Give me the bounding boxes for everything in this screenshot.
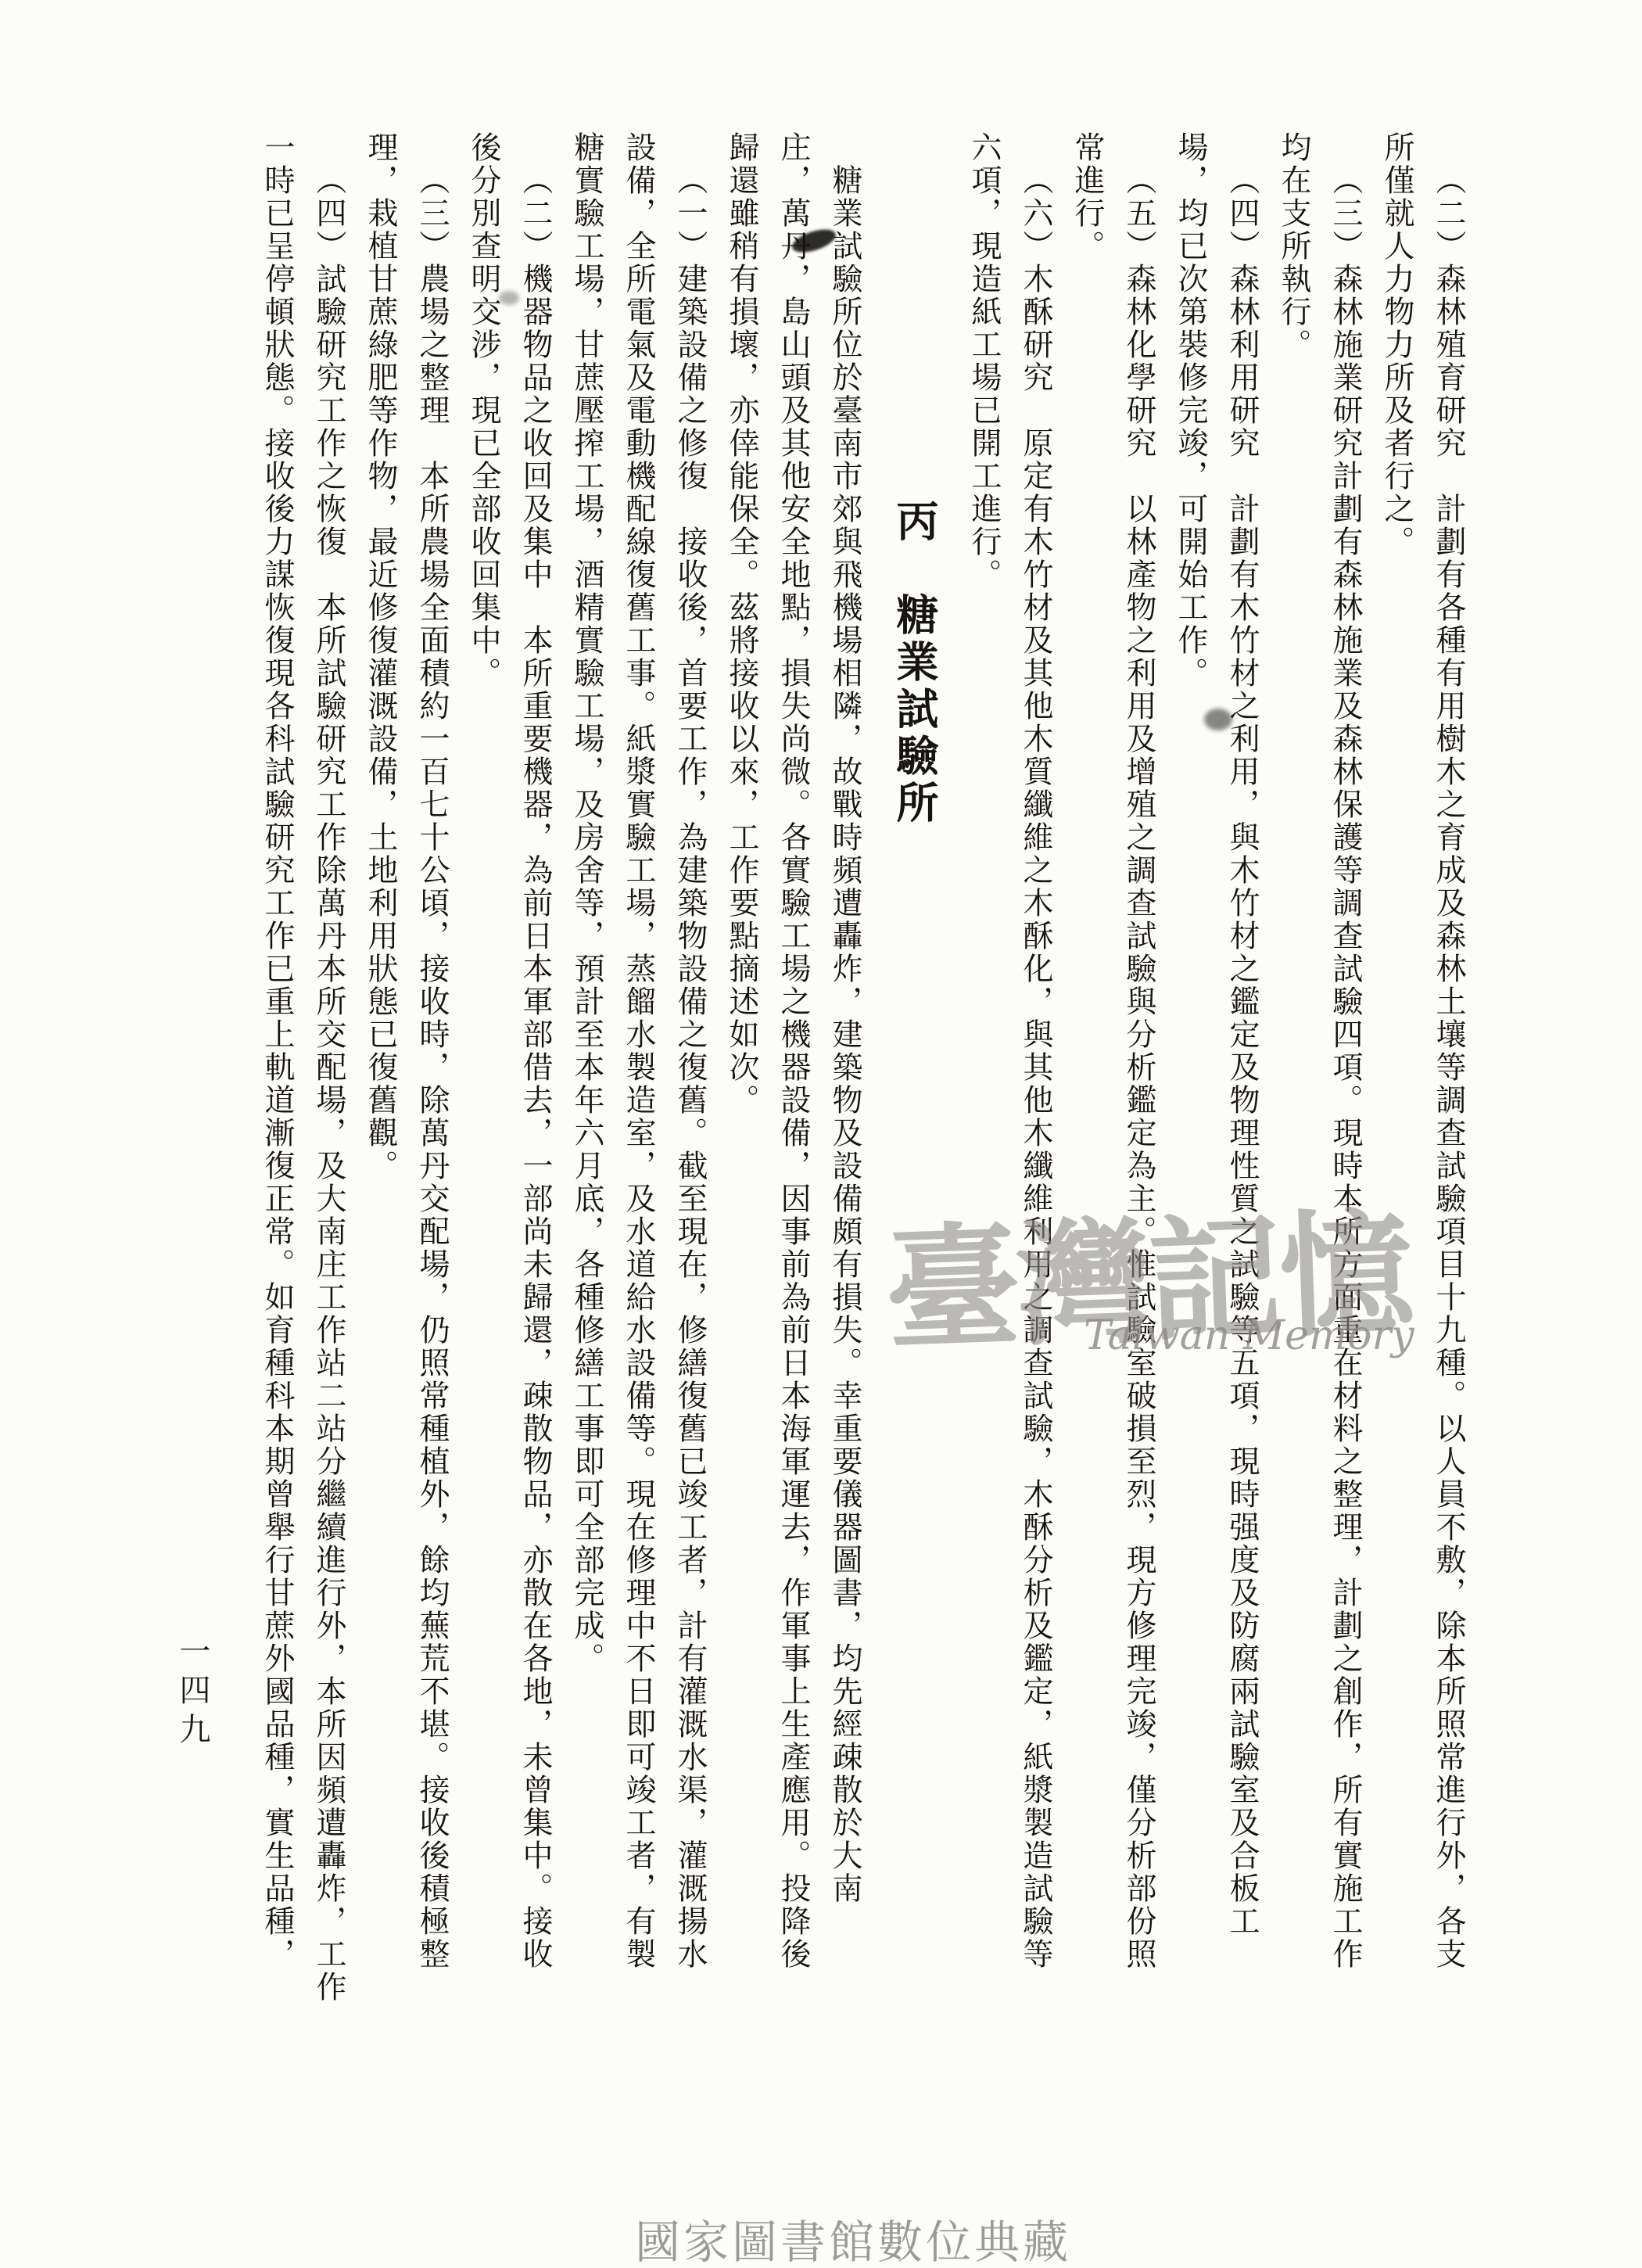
text-column: （六）木酥研究 原定有木竹材及其他木質纖維之木酥化，與其他木纖維利用之調查試驗，… bbox=[1009, 131, 1061, 2024]
text-column: 庄，萬丹，島山頭及其他安全地點，損失尚微。各實驗工場之機器設備，因事前為前日本海… bbox=[767, 131, 819, 2024]
text-column: （四）試驗研究工作之恢復 本所試驗研究工作除萬丹本所交配場，及大南庄工作站二站分… bbox=[303, 131, 354, 2024]
text-column: 歸還雖稍有損壞，亦倖能保全。茲將接收以來，工作要點摘述如次。 bbox=[715, 131, 767, 2024]
text-column: 所僅就人力物力所及者行之。 bbox=[1371, 131, 1422, 2024]
text-column: 常進行。 bbox=[1061, 131, 1113, 2024]
section-title: 丙 糖業試驗所 bbox=[870, 131, 958, 2024]
vertical-text-block: （二）森林殖育研究 計劃有各種有用樹木之育成及森林土壤等調查試驗項目十九種。以人… bbox=[251, 131, 1474, 2024]
ink-smudge bbox=[1204, 709, 1232, 730]
text-column: （三）農場之整理 本所農場全面積約一百七十公頃，接收時，除萬丹交配場，仍照常種植… bbox=[406, 131, 457, 2024]
text-column: 一時已呈停頓狀態。接收後力謀恢復現各科試驗研究工作已重上軌道漸復正常。如育種科本… bbox=[251, 131, 303, 2024]
text-column: （三）森林施業研究計劃有森林施業及森林保護等調查試驗四項。現時本所方面重在材料之… bbox=[1319, 131, 1371, 2024]
text-column: 均在支所執行。 bbox=[1267, 131, 1319, 2024]
text-column: （二）機器物品之收回及集中 本所重要機器，為前日本軍部借去，一部尚未歸還，疎散物… bbox=[509, 131, 561, 2024]
text-column: 後分別查明交涉，現已全部收回集中。 bbox=[457, 131, 509, 2024]
national-library-watermark: 國家圖書館數位典藏 bbox=[635, 2205, 1071, 2268]
scanned-document-page: （二）森林殖育研究 計劃有各種有用樹木之育成及森林土壤等調查試驗項目十九種。以人… bbox=[0, 0, 1642, 2268]
text-column: 場，均已次第裝修完竣，可開始工作。 bbox=[1164, 131, 1216, 2024]
text-column: 設備，全所電氣及電動機配線復舊工事。紙漿實驗工場，蒸餾水製造室，及水道給水設備等… bbox=[612, 131, 664, 2024]
ink-smudge bbox=[499, 291, 519, 305]
text-column: 糖實驗工場，甘蔗壓搾工場，酒精實驗工場，及房舍等，預計至本年六月底，各種修繕工事… bbox=[561, 131, 612, 2024]
text-column: （四）森林利用研究 計劃有木竹材之利用，與木竹材之鑑定及物理性質之試驗等五項，現… bbox=[1216, 131, 1267, 2024]
text-column: 理，栽植甘蔗綠肥等作物，最近修復灌溉設備，土地利用狀態已復舊觀。 bbox=[354, 131, 406, 2024]
taiwan-memory-latin-watermark: Taiwan Memory bbox=[1084, 1312, 1414, 1359]
text-column: 六項，現造紙工場已開工進行。 bbox=[958, 131, 1009, 2024]
page-number: 一四九 bbox=[170, 1635, 215, 1752]
text-column: （二）森林殖育研究 計劃有各種有用樹木之育成及森林土壤等調查試驗項目十九種。以人… bbox=[1422, 131, 1474, 2024]
text-column: 糖業試驗所位於臺南市郊與飛機場相隣，故戰時頻遭轟炸，建築物及設備頗有損失。幸重要… bbox=[819, 131, 870, 2024]
text-column: （一）建築設備之修復 接收後，首要工作，為建築物設備之復舊。截至現在，修繕復舊已… bbox=[664, 131, 715, 2024]
text-column: （五）森林化學研究 以林產物之利用及增殖之調查試驗與分析鑑定為主。惟試驗室破損至… bbox=[1113, 131, 1164, 2024]
